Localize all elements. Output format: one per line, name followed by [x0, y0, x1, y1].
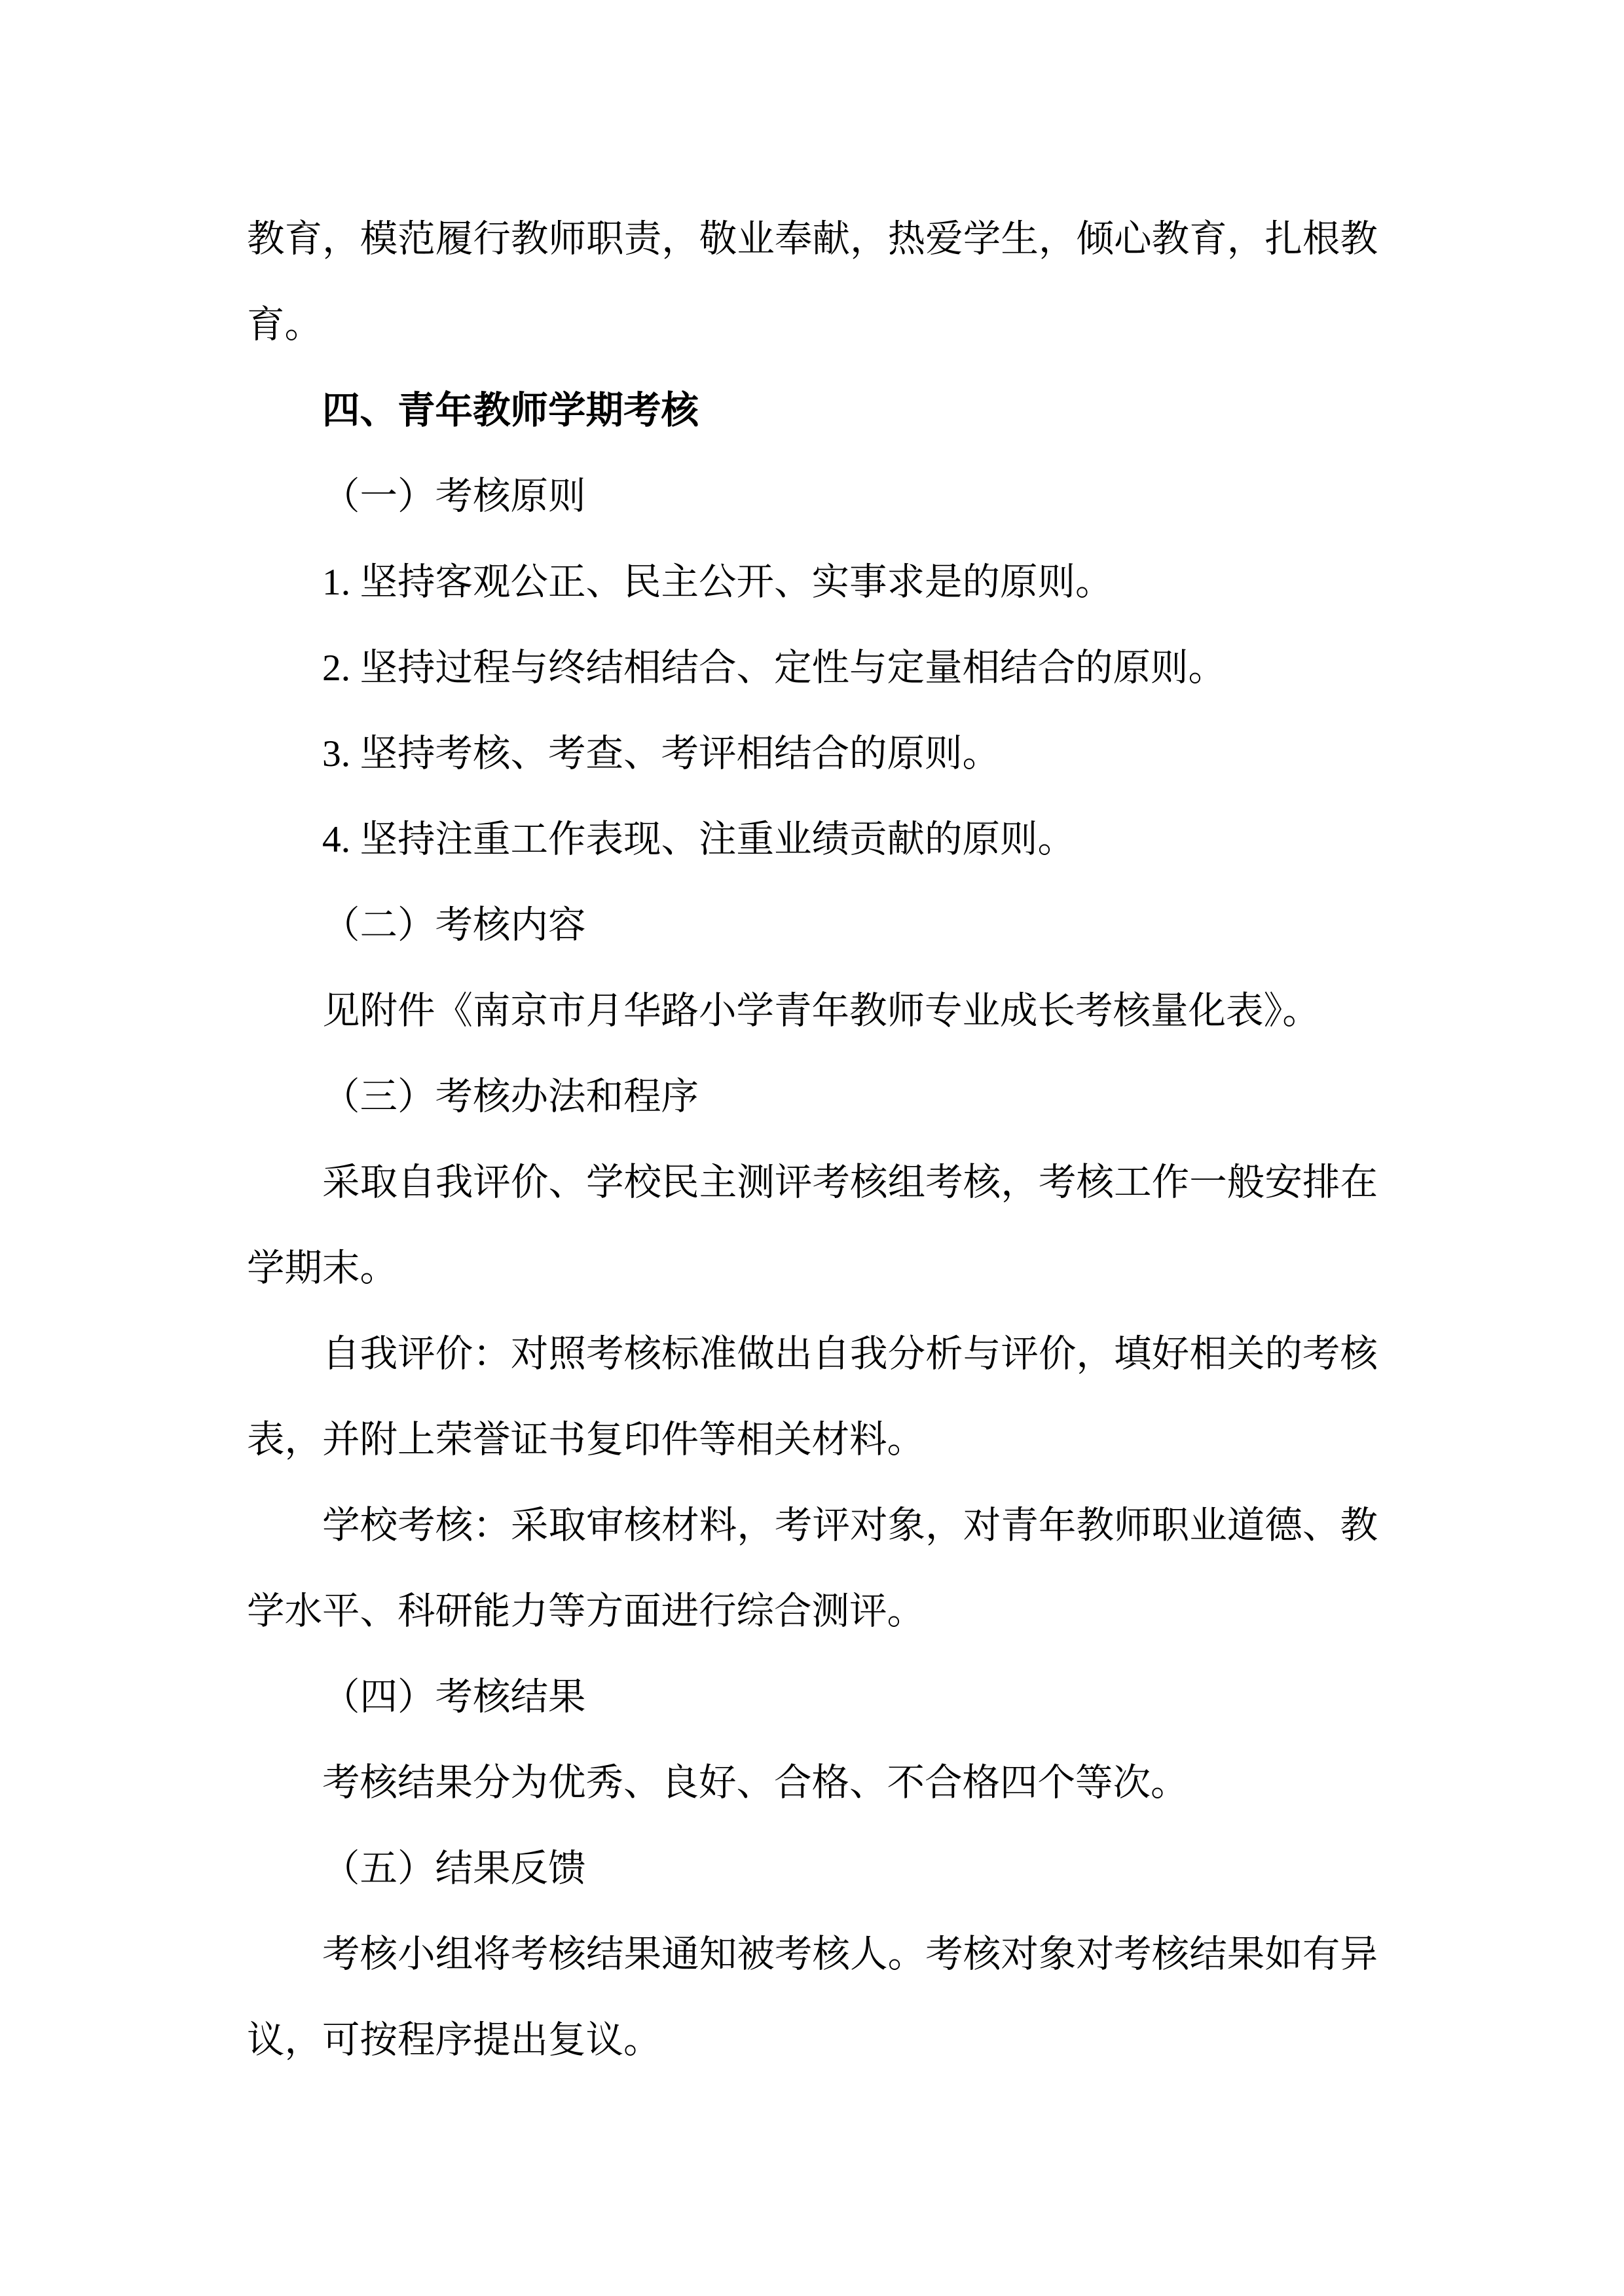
heading-section-4: 四、青年教师学期考核: [247, 368, 1378, 454]
paragraph-school-assessment: 学校考核：采取审核材料，考评对象，对青年教师职业道德、教学水平、科研能力等方面进…: [247, 1483, 1378, 1654]
heading-sub-3-assessment-methods: （三）考核办法和程序: [247, 1054, 1378, 1140]
paragraph-body-continuation: 教育，模范履行教师职责，敬业奉献，热爱学生，倾心教育，扎根教育。: [247, 196, 1378, 368]
heading-sub-1-assessment-principles: （一）考核原则: [247, 454, 1378, 539]
document-body: 教育，模范履行教师职责，敬业奉献，热爱学生，倾心教育，扎根教育。 四、青年教师学…: [247, 196, 1378, 2083]
paragraph-result-grades: 考核结果分为优秀、良好、合格、不合格四个等次。: [247, 1740, 1378, 1826]
heading-sub-2-assessment-content: （二）考核内容: [247, 883, 1378, 968]
list-item-principle-3: 3. 坚持考核、考查、考评相结合的原则。: [247, 711, 1378, 797]
paragraph-self-evaluation: 自我评价：对照考核标准做出自我分析与评价，填好相关的考核表，并附上荣誉证书复印件…: [247, 1311, 1378, 1483]
heading-sub-5-result-feedback: （五）结果反馈: [247, 1826, 1378, 1912]
paragraph-feedback-procedure: 考核小组将考核结果通知被考核人。考核对象对考核结果如有异议，可按程序提出复议。: [247, 1912, 1378, 2083]
paragraph-assessment-arrangement: 采取自我评价、学校民主测评考核组考核，考核工作一般安排在学期末。: [247, 1140, 1378, 1311]
heading-sub-4-assessment-results: （四）考核结果: [247, 1654, 1378, 1740]
paragraph-attachment-reference: 见附件《南京市月华路小学青年教师专业成长考核量化表》。: [247, 968, 1378, 1054]
list-item-principle-1: 1. 坚持客观公正、民主公开、实事求是的原则。: [247, 539, 1378, 625]
document-page: 教育，模范履行教师职责，敬业奉献，热爱学生，倾心教育，扎根教育。 四、青年教师学…: [0, 0, 1624, 2296]
list-item-principle-4: 4. 坚持注重工作表现、注重业绩贡献的原则。: [247, 797, 1378, 883]
list-item-principle-2: 2. 坚持过程与终结相结合、定性与定量相结合的原则。: [247, 625, 1378, 711]
